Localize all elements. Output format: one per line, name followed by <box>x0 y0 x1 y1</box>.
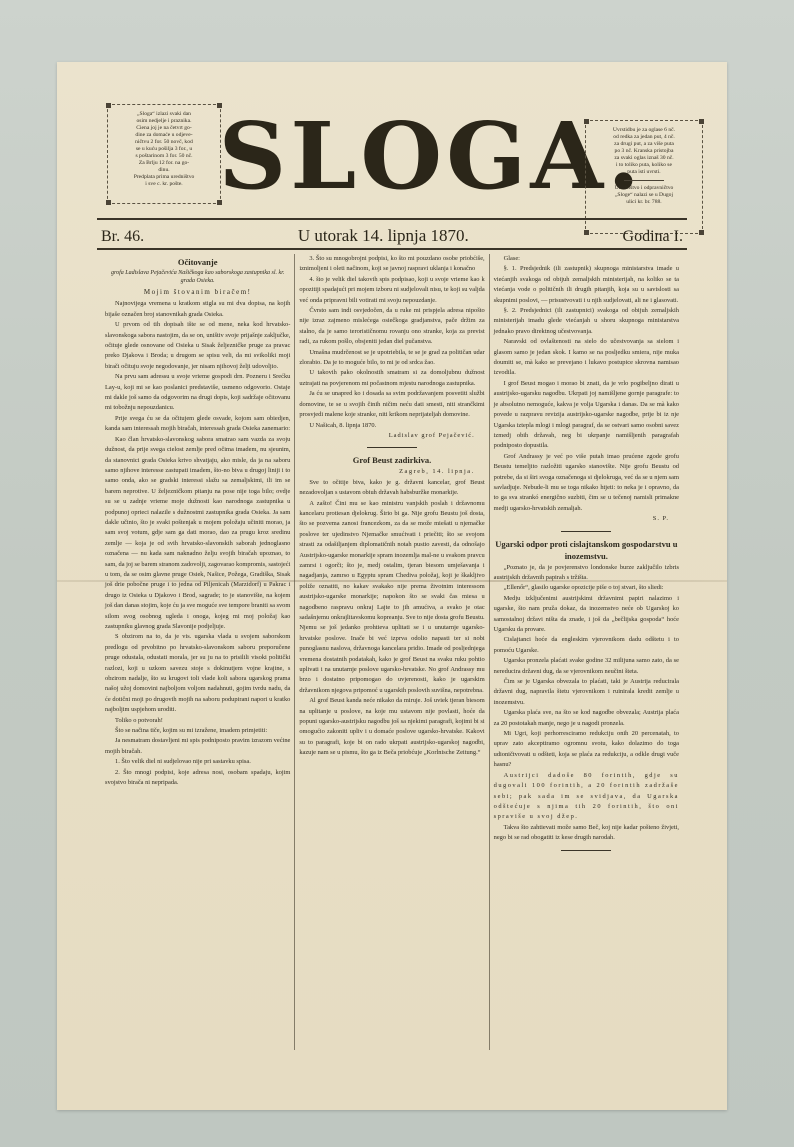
info-line: ničtvu 2 for. 50 novč, kod <box>114 139 214 146</box>
paragraph: Ja ću se unapred ko i dosada sa svim pod… <box>299 389 484 420</box>
paragraph: Austrijci dadoše 80 forintih, gdje su du… <box>494 771 679 823</box>
paragraph: Mi Ugri, koji perhorresciramo redukciju … <box>494 729 679 771</box>
column-divider <box>294 254 295 1050</box>
paragraph: Grof Andrassy je već po više putah imao … <box>494 452 679 514</box>
article-end-rule <box>561 850 611 851</box>
paragraph: Umašna mudrčenost se je upotriebila, te … <box>299 348 484 369</box>
paragraph: Toliko o potvorah! <box>105 716 290 726</box>
column-2: 3. Što su mnogobrojni podpisi, ko što mi… <box>295 254 488 1050</box>
paragraph: A zašto! Čini mu se kao ministru vanjski… <box>299 499 484 697</box>
info-line: Uredništvo i odpravničtvo <box>592 185 696 192</box>
signature: Ladislav grof Pejačević. <box>299 431 474 441</box>
article-separator <box>367 447 417 448</box>
info-line: Predplata prima uredništvo <box>114 174 214 181</box>
paragraph: Što se načina tiče, kojim su mi izražene… <box>105 726 290 736</box>
salutation: Mojim štovanim biračem! <box>105 287 290 297</box>
paragraph: Čim se je Ugarska obvezala to plaćati, t… <box>494 677 679 708</box>
paragraph: 4. što je velik diel takovih spis podpis… <box>299 275 484 306</box>
column-1: Očitovanje grofa Ladislava Pejačevića Na… <box>101 254 294 1050</box>
paragraph: „Poznato je, da je povjerenstvo londonsk… <box>494 563 679 584</box>
paragraph: Ugarska plaća sve, na što se kod nagodbe… <box>494 708 679 729</box>
paragraph: Kao član hrvatsko-slavonskog sabora smat… <box>105 435 290 633</box>
info-line: i to toliko puta, koliko se <box>592 162 696 169</box>
volume-year: Godina I. <box>623 228 683 246</box>
info-line: dine za domaće u odjeve- <box>114 132 214 139</box>
paragraph: Sve to očitije biva, kako je g. državni … <box>299 478 484 499</box>
corner-ornament <box>106 103 111 108</box>
paragraph: 1. Što velik diel ni sudjelovao nije pri… <box>105 757 290 767</box>
info-line: po 3 nč. Kranska pristojba <box>592 148 696 155</box>
advertising-info-box: Uvrstidbu je za oglase 6 nč. od redka za… <box>585 120 703 234</box>
info-line: s poštarinom 3 for. 50 nč. <box>114 153 214 160</box>
paragraph: U takovih pako okolnostih smatram si za … <box>299 368 484 389</box>
corner-ornament <box>584 119 589 124</box>
article-separator <box>561 531 611 532</box>
issue-number: Br. 46. <box>101 228 144 246</box>
info-line: za svaki oglas iznaš 30 nč. <box>592 155 696 162</box>
paragraph: 3. Što su mnogobrojni podpisi, ko što mi… <box>299 254 484 275</box>
info-line: dinu. <box>114 167 214 174</box>
paragraph: Al grof Beust kanda neće nikako da miruj… <box>299 696 484 758</box>
intro: Glase: <box>494 254 679 264</box>
paragraph: S obzirom na to, da je vis. ugarska vlad… <box>105 632 290 715</box>
issue-date: U utorak 14. lipnja 1870. <box>298 226 469 246</box>
subscription-info-box: „Sloga“ izlazi svaki dan osim nedjelje i… <box>107 104 221 204</box>
paragraph: Naravski od ovlaštenosti na sielo do uče… <box>494 337 679 379</box>
paragraph: Prije svega ću se da očitujem glede osva… <box>105 414 290 435</box>
place-date: U Našicah, 8. lipnja 1870. <box>299 421 484 431</box>
article-columns: Očitovanje grofa Ladislava Pejačevića Na… <box>101 254 683 1050</box>
article-heading: Očitovanje <box>105 256 290 268</box>
author-initials: S. P. <box>494 514 669 524</box>
masthead-title: SLOGA. <box>218 108 581 204</box>
header-rule-top <box>97 218 687 220</box>
info-line: „Sloge“ nalazi se u Dugoj <box>592 192 696 199</box>
paragraph: Ugarska pronzela plaćati svake godine 32… <box>494 656 679 677</box>
paragraph: Na prvu sam adressu u svoje vrieme gospo… <box>105 372 290 414</box>
newspaper-page: „Sloga“ izlazi svaki dan osim nedjelje i… <box>57 62 727 1110</box>
article-subheading: grofa Ladislava Pejačevića Našičkoga kao… <box>105 269 290 285</box>
separator <box>624 180 664 181</box>
info-line: i sve c. kr. pošte. <box>114 181 214 188</box>
paragraph: Najnovijega vremena u kratkom stigla su … <box>105 299 290 320</box>
info-line: Ciena joj je na četvrt go- <box>114 125 214 132</box>
paragraph: Cislajtanci hoće da engleskim vjerovniko… <box>494 635 679 656</box>
article-dateline: Zagreb, 14. lipnja. <box>299 467 474 477</box>
column-3: Glase: §. 1. Predsjednik (ili zastupnik)… <box>490 254 683 1050</box>
dateline: Br. 46. U utorak 14. lipnja 1870. Godina… <box>101 222 683 246</box>
info-line: „Sloga“ izlazi svaki dan <box>114 111 214 118</box>
info-line: od redka za jedan put, 4 nč. <box>592 134 696 141</box>
paragraph: Čvrsto sam indi osvjedočen, da u ruke mi… <box>299 306 484 348</box>
info-line: ulici kr. br. 788. <box>592 199 696 206</box>
paragraph: §. 1. Predsjednik (ili zastupnik) skupno… <box>494 264 679 306</box>
paragraph: Medju izključenimi austrijskimi državnim… <box>494 594 679 636</box>
corner-ornament <box>699 230 704 235</box>
header-rule-bottom <box>97 248 687 250</box>
paragraph: Ja nesmatram dostavljeni mi spis podnipo… <box>105 736 290 757</box>
paragraph: 2. Što mnogi podpisi, koje adresa nosi, … <box>105 768 290 789</box>
info-line: Za Brlju 12 for. na go- <box>114 160 214 167</box>
info-line: se u kuću pošilja 3 for., u <box>114 146 214 153</box>
paragraph: Takva što zahtievati može samo Beč, koj … <box>494 823 679 844</box>
corner-ornament <box>699 119 704 124</box>
column-divider <box>489 254 490 1050</box>
info-line: Uvrstidbu je za oglase 6 nč. <box>592 127 696 134</box>
article-heading: Grof Beust zadirkiva. <box>299 454 484 466</box>
info-line: za drugi put, a za više puta <box>592 141 696 148</box>
info-line: osim nedjelje i praznika. <box>114 118 214 125</box>
article-heading: Ugarski odpor proti cislajtanskom gospod… <box>494 538 679 562</box>
info-line: puta isti uvrsti. <box>592 169 696 176</box>
paragraph: „Ellenőr“, glasilo ugarske opozicije piš… <box>494 583 679 593</box>
paragraph: U prvom od tih dopisah ište se od mene, … <box>105 320 290 372</box>
paragraph: I grof Beust mogao i morao bi znati, da … <box>494 379 679 452</box>
corner-ornament <box>106 200 111 205</box>
paragraph: §. 2. Predsjednici (ili zastupnici) svak… <box>494 306 679 337</box>
